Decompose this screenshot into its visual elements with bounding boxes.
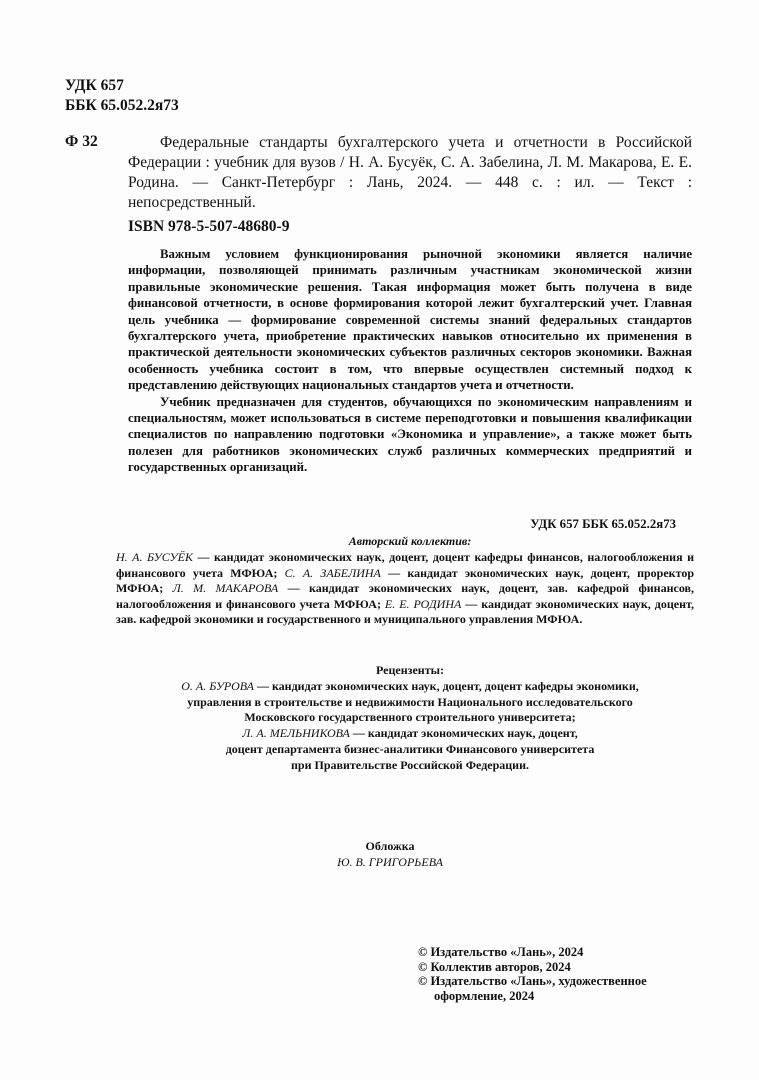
- authors-list: Н. А. БУСУЁК — кандидат экономических на…: [116, 550, 694, 628]
- copyright-line: © Издательство «Лань», художественное: [418, 974, 647, 989]
- reviewer-desc: управления в строительстве и недвижимост…: [150, 695, 670, 711]
- classification-codes-top: УДК 657 ББК 65.052.2я73: [65, 76, 179, 116]
- copyright-line: оформление, 2024: [418, 989, 647, 1004]
- authors-heading: Авторский коллектив:: [128, 534, 692, 549]
- isbn: ISBN 978-5-507-48680-9: [128, 218, 289, 236]
- cover-credit: Обложка Ю. В. ГРИГОРЬЕВА: [330, 838, 450, 870]
- reviewers-block: Рецензенты: О. А. БУРОВА — кандидат экон…: [150, 663, 670, 774]
- reviewer-desc: доцент департамента бизнес-аналитики Фин…: [150, 742, 670, 758]
- author-mark: Ф 32: [65, 133, 98, 151]
- author-name: С. А. ЗАБЕЛИНА: [285, 566, 381, 580]
- author-name: Е. Е. РОДИНА: [385, 597, 461, 611]
- cover-heading: Обложка: [330, 838, 450, 854]
- reviewer-name: О. А. БУРОВА: [181, 679, 254, 693]
- bbk-code: ББК 65.052.2я73: [65, 96, 179, 116]
- classification-codes-bottom: УДК 657 ББК 65.052.2я73: [128, 516, 692, 532]
- udk-code: УДК 657: [65, 76, 179, 96]
- author-name: Н. А. БУСУЁК: [116, 550, 193, 564]
- annotation: Важным условием функционирования рыночно…: [128, 246, 692, 476]
- reviewer-desc: — кандидат экономических наук, доцент, д…: [254, 679, 639, 693]
- udk-code: УДК 657: [530, 516, 579, 532]
- cover-designer: Ю. В. ГРИГОРЬЕВА: [337, 855, 443, 869]
- annotation-paragraph: Учебник предназначен для студентов, обуч…: [128, 394, 692, 476]
- copyright-line: © Издательство «Лань», 2024: [418, 945, 647, 960]
- bbk-code: ББК 65.052.2я73: [582, 516, 676, 532]
- reviewers-heading: Рецензенты:: [150, 663, 670, 679]
- annotation-paragraph: Важным условием функционирования рыночно…: [128, 246, 692, 394]
- reviewer-desc: Московского государственного строительно…: [150, 710, 670, 726]
- reviewer-desc: — кандидат экономических наук, доцент,: [350, 726, 578, 740]
- copyright-block: © Издательство «Лань», 2024 © Коллектив …: [418, 945, 647, 1003]
- copyright-line: © Коллектив авторов, 2024: [418, 960, 647, 975]
- author-name: Л. М. МАКАРОВА: [173, 581, 279, 595]
- bibliographic-record: Федеральные стандарты бухгалтерского уче…: [128, 133, 692, 213]
- reviewer-desc: при Правительстве Российской Федерации.: [150, 758, 670, 774]
- reviewer-name: Л. А. МЕЛЬНИКОВА: [242, 726, 350, 740]
